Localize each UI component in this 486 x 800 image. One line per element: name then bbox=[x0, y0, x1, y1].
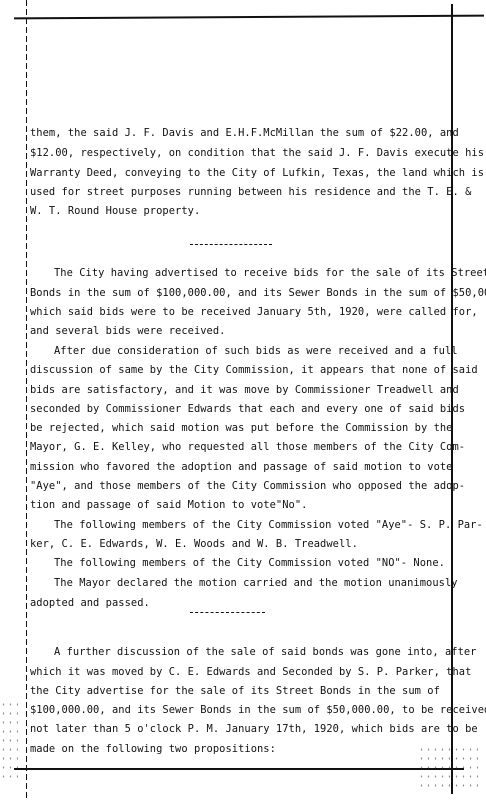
text-line: bids are satisfactory, and it was move b… bbox=[30, 384, 459, 396]
text-line: Warranty Deed, conveying to the City of … bbox=[30, 167, 484, 179]
text-line: mission who favored the adoption and pas… bbox=[30, 461, 452, 473]
section-separator bbox=[190, 612, 265, 613]
text-line: $12.00, respectively, on condition that … bbox=[30, 147, 484, 159]
text-line: After due consideration of such bids as … bbox=[30, 345, 458, 357]
text-line: "Aye", and those members of the City Com… bbox=[30, 480, 465, 492]
text-line: A further discussion of the sale of said… bbox=[30, 646, 476, 658]
text-line: the City advertise for the sale of its S… bbox=[30, 685, 440, 697]
text-line: not later than 5 o'clock P. M. January 1… bbox=[30, 723, 478, 735]
text-line: The City having advertised to receive bi… bbox=[30, 267, 486, 279]
text-line: $100,000.00, and its Sewer Bonds in the … bbox=[30, 704, 486, 716]
text-line: which it was moved by C. E. Edwards and … bbox=[30, 666, 471, 678]
section-separator bbox=[190, 244, 272, 245]
text-line: seconded by Commissioner Edwards that ea… bbox=[30, 403, 465, 415]
left-margin-line bbox=[26, 0, 27, 800]
text-line: be rejected, which said motion was put b… bbox=[30, 422, 452, 434]
scan-noise bbox=[0, 700, 18, 780]
text-line: The Mayor declared the motion carried an… bbox=[30, 577, 458, 589]
text-line: The following members of the City Commis… bbox=[30, 557, 445, 569]
text-line: discussion of same by the City Commissio… bbox=[30, 364, 478, 376]
text-line: made on the following two propositions: bbox=[30, 743, 276, 755]
text-line: used for street purposes running between… bbox=[30, 186, 471, 198]
text-line: Bonds in the sum of $100,000.00, and its… bbox=[30, 287, 486, 299]
text-line: W. T. Round House property. bbox=[30, 205, 200, 217]
text-line: tion and passage of said Motion to vote"… bbox=[30, 499, 307, 511]
text-line: adopted and passed. bbox=[30, 597, 150, 609]
top-border-line bbox=[14, 15, 484, 20]
scan-noise bbox=[418, 745, 478, 790]
text-line: ker, C. E. Edwards, W. E. Woods and W. B… bbox=[30, 538, 358, 550]
text-line: them, the said J. F. Davis and E.H.F.McM… bbox=[30, 127, 459, 139]
text-line: The following members of the City Commis… bbox=[30, 519, 483, 531]
bottom-border-line bbox=[14, 768, 464, 770]
text-line: which said bids were to be received Janu… bbox=[30, 306, 478, 318]
text-line: and several bids were received. bbox=[30, 325, 225, 337]
text-line: Mayor, G. E. Kelley, who requested all t… bbox=[30, 441, 465, 453]
